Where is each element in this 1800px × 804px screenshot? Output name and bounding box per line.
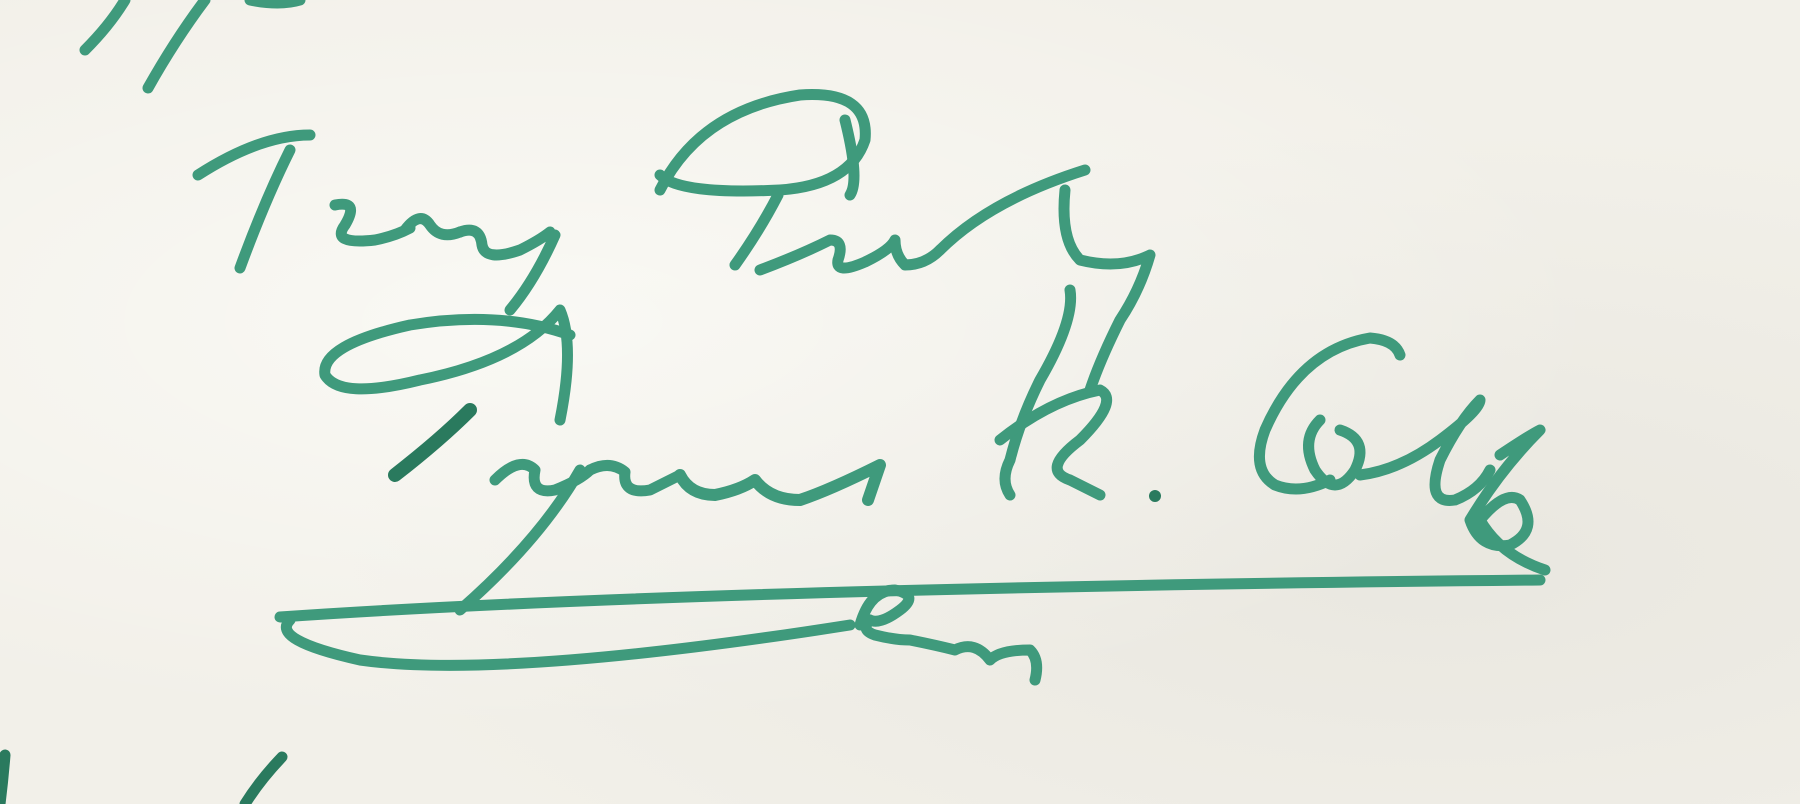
top-fragment-3 [250,0,300,3]
top-fragment-2 [148,0,205,88]
initials-flourish [860,590,1037,680]
signature-ink [0,0,1800,804]
word-very [198,135,555,310]
initial-r [1000,290,1161,502]
word-cobb [1259,338,1545,570]
capital-t-loop [325,310,570,420]
word-tyrus [395,410,880,610]
top-fragment-1 [85,0,125,50]
paper-background: Very Truly Tyrus R. Cobb em [0,0,1800,804]
bottom-fragment-2 [245,757,282,804]
bottom-fragment-1 [0,755,5,804]
word-truly [660,95,1150,390]
